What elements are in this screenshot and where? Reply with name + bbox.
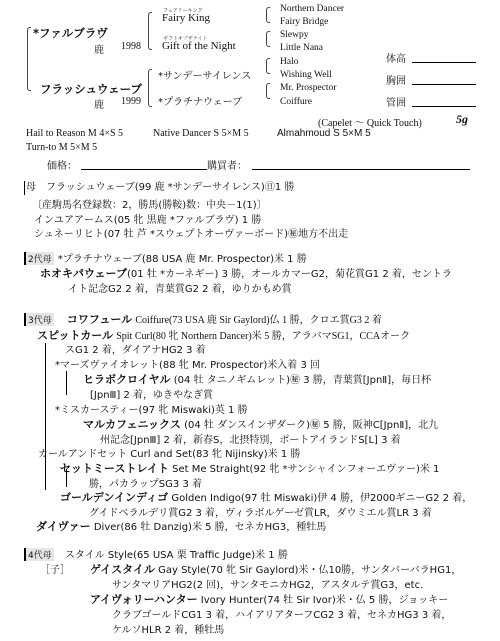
sire-name: *ファルブラヴ bbox=[33, 25, 108, 41]
gen4-header: 4代母 スタイル Style(65 USA 栗 Traffic Judge)米 … bbox=[24, 546, 288, 561]
diver: ダイヴァー Diver(86 牡 Danzig)米 5 勝，セネカHG3，種牡馬 bbox=[36, 518, 326, 534]
gen3-tag: 3代母 bbox=[24, 313, 54, 326]
gen2-head: *プラチナウェーブ(88 USA 鹿 Mr. Prospector)米 1 勝 bbox=[58, 254, 307, 265]
golden-indigo-name: ゴールデンインディゴ bbox=[60, 491, 168, 504]
dam-line-2: 〔産駒馬名登録数：2，勝馬(勝鞍)数：中央－1(1)〕 bbox=[32, 196, 267, 211]
inbreeding-2: Native Dancer S 5×M 5 bbox=[153, 128, 249, 139]
girth-field[interactable] bbox=[412, 84, 476, 85]
pedigree-brace-sire bbox=[148, 12, 152, 50]
hirabo: ヒラボクロイヤル (04 牡 タニノギムレット)㊙ 3 勝，青葉賞[JpnⅡ]，… bbox=[83, 371, 431, 387]
sire-color: 鹿 bbox=[94, 41, 104, 56]
g3-name-8: Coiffure bbox=[280, 97, 312, 107]
gen4-tag: 4代母 bbox=[24, 548, 54, 561]
sire-dam-name: Gift of the Night bbox=[162, 40, 236, 52]
dam-section-header: 母フラッシュウェーブ(99 鹿 *サンデーサイレンス)㊐1 勝 bbox=[24, 181, 294, 195]
pedigree-brace-g3-2 bbox=[266, 31, 270, 47]
pedigree-brace-main bbox=[27, 27, 31, 91]
gen2-child-cont: イト記念G2 2 着，青葉賞G2 2 着，ゆりかもめ賞 bbox=[68, 280, 292, 295]
gen2-child-rest: (01 牡 *カーネギー) 3 勝，オールカマーG2，菊花賞G1 2 着，セント… bbox=[127, 269, 452, 280]
tree-line-spit bbox=[45, 343, 46, 490]
ivory-hunter-cont-2: ケルソHLR 2 着，種牡馬 bbox=[112, 621, 224, 636]
gay-style-cont: サンタマリアHG2(2 回)，サンタモニカHG2，アスタルテ賞G3，etc. bbox=[112, 576, 423, 591]
hirabo-rest: (04 牡 タニノギムレット)㊙ 3 勝，青葉賞[JpnⅡ]，毎日杯 bbox=[174, 375, 431, 386]
height-field[interactable] bbox=[412, 62, 476, 63]
buyer-label: 購買者： bbox=[207, 157, 247, 172]
inbreeding-4: Turn-to M 5×M 5 bbox=[26, 142, 97, 153]
maruka-cont: 州記念[JpnⅢ] 2 着，新春S，北摂特別，ポートアイランドS[L] 3 着 bbox=[100, 431, 401, 446]
curl-and-set: カールアンドセット Curl and Set(83 牝 Nijinsky)米 1… bbox=[38, 445, 300, 460]
diver-rest: Diver(86 牡 Danzig)米 5 勝，セネカHG3，種牡馬 bbox=[94, 522, 326, 533]
gen2-child: ホオキパウェーブ(01 牡 *カーネギー) 3 勝，オールカマーG2，菊花賞G1… bbox=[40, 265, 452, 281]
height-label: 体高 bbox=[386, 50, 406, 65]
gay-style-name: ゲイスタイル bbox=[90, 563, 155, 576]
inbreeding-3: Almahmoud S 5×M 5 bbox=[277, 128, 371, 139]
gen2-child-name: ホオキパウェーブ bbox=[40, 267, 127, 280]
g3-name-5: Halo bbox=[280, 57, 298, 67]
tree-line-marz bbox=[66, 371, 67, 395]
cannon-field[interactable] bbox=[412, 106, 476, 107]
maruka-name: マルカフェニックス bbox=[83, 418, 181, 431]
gen2-tag: 2代母 bbox=[24, 252, 54, 265]
ivory-hunter: アイヴォリーハンター Ivory Hunter(74 牡 Sir Ivor)米・… bbox=[90, 591, 448, 607]
g3-name-4: Little Nana bbox=[280, 43, 323, 53]
dam-tag: 母 bbox=[24, 181, 36, 195]
dam-dam-name: *プラチナウェーブ bbox=[158, 93, 242, 108]
family-number: 5g bbox=[456, 112, 468, 127]
miss-kirsty: *ミスカースティー(97 牝 Miswaki)英 1 勝 bbox=[55, 401, 248, 416]
g3-name-7: Mr. Prospector bbox=[280, 83, 336, 93]
ivory-hunter-rest: Ivory Hunter(74 牡 Sir Ivor)米・仏 5 勝，ジョッキー bbox=[201, 595, 449, 606]
dam-line-4: シュネーリヒト(07 牡 芦 *スウェプトオーヴァーボード)㊙地方不出走 bbox=[34, 225, 348, 240]
buyer-field[interactable] bbox=[252, 169, 470, 170]
set-me-straight: セットミーストレイト Set Me Straight(92 牝 *サンシャインフ… bbox=[60, 460, 439, 476]
golden-indigo: ゴールデンインディゴ Golden Indigo(97 牡 Miswaki)伊 … bbox=[60, 489, 472, 505]
gen4-head: スタイル Style(65 USA 栗 Traffic Judge)米 1 勝 bbox=[65, 550, 288, 561]
maruka: マルカフェニックス (04 牡 ダンスインザダーク)㊙ 5 勝，阪神C[JpnⅡ… bbox=[83, 416, 438, 432]
marz-violet: *マーズヴァイオレット(88 牝 Mr. Prospector)米入着 3 回 bbox=[55, 356, 320, 371]
maruka-rest: (04 牡 ダンスインザダーク)㊙ 5 勝，阪神C[JpnⅡ]，北九 bbox=[184, 420, 438, 431]
family-line: (Capelet ～ Quick Touch) bbox=[318, 114, 422, 129]
price-label: 価格： bbox=[47, 157, 77, 172]
hirabo-name: ヒラボクロイヤル bbox=[83, 373, 171, 386]
g3-name-2: Fairy Bridge bbox=[280, 17, 328, 27]
pedigree-brace-dam bbox=[148, 69, 152, 107]
dam-year: 1999 bbox=[121, 96, 141, 107]
golden-indigo-cont: グイドベラルデリ賞G2 3 着，ヴィラボルゲーゼ賞LR，ダウミエル賞LR 3 着 bbox=[89, 504, 432, 519]
dam-name: フラッシュウェーブ bbox=[40, 81, 142, 97]
spit-curl-cont: スG1 2 着，ダイアナHG2 3 着 bbox=[65, 341, 206, 356]
coiffure-name: コワフュール bbox=[67, 313, 132, 326]
sire-year: 1998 bbox=[121, 41, 141, 52]
girth-label: 胸囲 bbox=[386, 72, 406, 87]
sire-sire-name: Fairy King bbox=[162, 12, 210, 24]
price-field[interactable] bbox=[81, 169, 207, 170]
golden-indigo-rest: Golden Indigo(97 牡 Miswaki)伊 4 勝，伊2000ギニ… bbox=[171, 493, 472, 504]
pedigree-brace-g3-3 bbox=[266, 58, 270, 74]
gay-style-rest: Gay Style(70 牝 Sir Gaylord)米・仏10勝，サンタバーバ… bbox=[158, 565, 461, 576]
gay-style: ゲイスタイル Gay Style(70 牝 Sir Gaylord)米・仏10勝… bbox=[90, 561, 461, 577]
diver-name: ダイヴァー bbox=[36, 520, 91, 533]
dam-color: 鹿 bbox=[94, 96, 104, 111]
pedigree-brace-g3-1 bbox=[266, 7, 270, 23]
hirabo-cont: [JpnⅢ] 2 着，ゆきやなぎ賞 bbox=[90, 386, 213, 401]
set-me-straight-name: セットミーストレイト bbox=[60, 462, 169, 475]
dam-sire-name: *サンデーサイレンス bbox=[158, 67, 251, 82]
pedigree-brace-g3-4 bbox=[266, 83, 270, 99]
gen3-header: 3代母 コワフュール Coiffure(73 USA 鹿 Sir Gaylord… bbox=[24, 311, 382, 327]
ivory-hunter-cont-1: クラブゴールドCG1 3 着，ハイアリアターフCG2 3 着，セネカHG3 3 … bbox=[112, 606, 451, 621]
cannon-label: 管囲 bbox=[386, 94, 406, 109]
g3-name-1: Northern Dancer bbox=[280, 4, 344, 14]
dam-line-1: フラッシュウェーブ(99 鹿 *サンデーサイレンス)㊐1 勝 bbox=[46, 182, 294, 193]
g3-name-3: Slewpy bbox=[280, 30, 309, 40]
inbreeding-1: Hail to Reason M 4×S 5 bbox=[26, 128, 123, 139]
g3-name-6: Wishing Well bbox=[280, 70, 332, 80]
set-me-straight-cont: 勝，パカラップSG3 3 着 bbox=[89, 475, 202, 490]
ivory-hunter-name: アイヴォリーハンター bbox=[90, 593, 198, 606]
gen4-child-label: ［子］ bbox=[40, 561, 70, 576]
gen2-header: 2代母*プラチナウェーブ(88 USA 鹿 Mr. Prospector)米 1… bbox=[24, 250, 307, 265]
coiffure-rest: Coiffure(73 USA 鹿 Sir Gaylord)仏 1 勝，クロエ賞… bbox=[135, 315, 381, 326]
set-me-straight-rest: Set Me Straight(92 牝 *サンシャインフォーエヴァー)米 1 bbox=[172, 464, 439, 475]
dam-line-3: インユアアームス(05 牝 黒鹿 *ファルブラヴ) 1 勝 bbox=[34, 211, 261, 226]
